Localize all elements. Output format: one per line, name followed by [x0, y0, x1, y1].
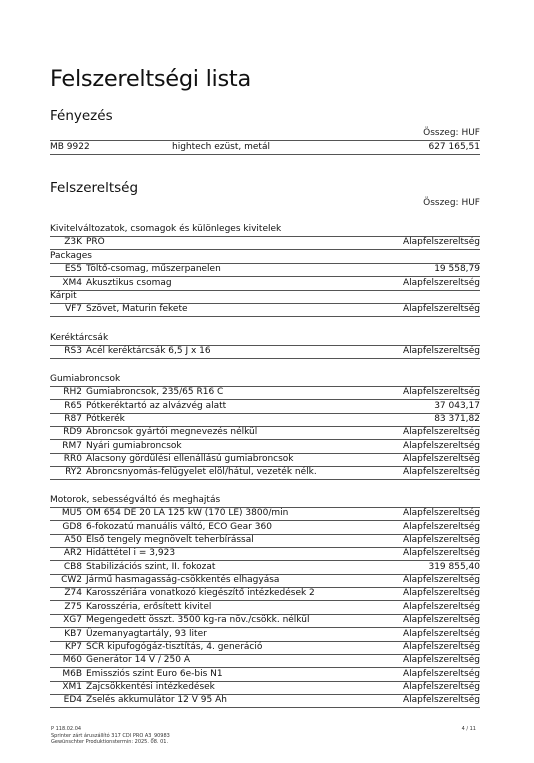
option-description: Abroncsnyomás-felügyelet elöl/hátul, vez…: [86, 466, 317, 479]
equipment-row: M6BEmissziós szint Euro 6e-bis N1Alapfel…: [50, 668, 480, 682]
option-price: Alapfelszereltség: [403, 641, 480, 654]
category-label: Keréktárcsák: [50, 332, 108, 345]
option-code: AR2: [50, 547, 82, 560]
equipment-row: KB7Üzemanyagtartály, 93 literAlapfelszer…: [50, 628, 480, 642]
equipment-row: MU5OM 654 DE 20 LA 125 kW (170 LE) 3800/…: [50, 507, 480, 521]
equipment-row: XM1Zajcsökkentési intézkedésekAlapfelsze…: [50, 681, 480, 695]
option-description: SCR kipufogógáz-tisztítás, 4. generáció: [86, 641, 262, 654]
option-code: Z3K: [50, 236, 82, 249]
option-price: Alapfelszereltség: [403, 547, 480, 560]
equipment-row: RS3Acél keréktárcsák 6,5 J x 16Alapfelsz…: [50, 345, 480, 359]
category-label: Gumiabroncsok: [50, 373, 120, 386]
option-code: VF7: [50, 303, 82, 316]
category-header: Kivitelváltozatok, csomagok és különlege…: [50, 223, 480, 237]
option-price: Alapfelszereltség: [403, 614, 480, 627]
paint-code: MB 9922: [50, 141, 90, 154]
option-price: Alapfelszereltség: [403, 277, 480, 290]
footer: P 118.02.04 Sprinter zárt áruszállító 31…: [51, 726, 170, 746]
option-code: ED4: [50, 694, 82, 707]
paint-row: MB 9922hightech ezüst, metál627 165,51: [50, 140, 480, 155]
footer-production-date: Gewünschter Produktionstermin: 2025. 08.…: [51, 739, 170, 746]
option-code: XM4: [50, 277, 82, 290]
option-price: 19 558,79: [434, 263, 480, 276]
option-price: Alapfelszereltség: [403, 345, 480, 358]
equipment-row: RY2Abroncsnyomás-felügyelet elöl/hátul, …: [50, 466, 480, 480]
equipment-row: ES5Töltő-csomag, műszerpanelen19 558,79: [50, 263, 480, 277]
option-description: Karosszériára vonatkozó kiegészítő intéz…: [86, 587, 315, 600]
option-description: Zajcsökkentési intézkedések: [86, 681, 215, 694]
equipment-row: XG7Megengedett összt. 3500 kg-ra növ./cs…: [50, 614, 480, 628]
option-price: Alapfelszereltség: [403, 534, 480, 547]
option-price: 37 043,17: [434, 400, 480, 413]
category-label: Kárpit: [50, 290, 77, 303]
option-code: ES5: [50, 263, 82, 276]
option-price: Alapfelszereltség: [403, 587, 480, 600]
option-code: Z75: [50, 601, 82, 614]
option-code: M6B: [50, 668, 82, 681]
equipment-row: RH2Gumiabroncsok, 235/65 R16 CAlapfelsze…: [50, 386, 480, 400]
equipment-row: VF7Szövet, Maturin feketeAlapfelszerelts…: [50, 303, 480, 317]
option-description: Generátor 14 V / 250 A: [86, 654, 190, 667]
option-code: XG7: [50, 614, 82, 627]
option-price: Alapfelszereltség: [403, 440, 480, 453]
paint-description: hightech ezüst, metál: [172, 141, 270, 154]
option-code: RY2: [50, 466, 82, 479]
option-code: CW2: [50, 574, 82, 587]
equipment-sum-label: Összeg: HUF: [423, 198, 480, 208]
equipment-row: ED4Zselés akkumulátor 12 V 95 AhAlapfels…: [50, 694, 480, 708]
option-description: Megengedett összt. 3500 kg-ra növ./csökk…: [86, 614, 309, 627]
option-price: 83 371,82: [434, 413, 480, 426]
option-price: Alapfelszereltség: [403, 453, 480, 466]
equipment-row: Z75Karosszéria, erősített kivitelAlapfel…: [50, 601, 480, 615]
option-description: Acél keréktárcsák 6,5 J x 16: [86, 345, 211, 358]
option-price: Alapfelszereltség: [403, 574, 480, 587]
option-code: MU5: [50, 507, 82, 520]
category-header: Packages: [50, 250, 480, 264]
option-code: RH2: [50, 386, 82, 399]
equipment-section-title: Felszereltség: [50, 180, 138, 196]
option-price: Alapfelszereltség: [403, 681, 480, 694]
option-description: PRO: [86, 236, 105, 249]
option-description: Első tengely megnövelt teherbírással: [86, 534, 254, 547]
option-description: Alacsony gördülési ellenállású gumiabron…: [86, 453, 294, 466]
option-code: RS3: [50, 345, 82, 358]
option-price: Alapfelszereltség: [403, 521, 480, 534]
equipment-row: XM4Akusztikus csomagAlapfelszereltség: [50, 277, 480, 291]
option-code: A50: [50, 534, 82, 547]
category-header: Motorok, sebességváltó és meghajtás: [50, 494, 480, 508]
option-price: Alapfelszereltség: [403, 303, 480, 316]
option-price: Alapfelszereltség: [403, 628, 480, 641]
equipment-row: AR2Hidáttétel i = 3,923Alapfelszereltség: [50, 547, 480, 561]
option-price: Alapfelszereltség: [403, 668, 480, 681]
paint-price: 627 165,51: [428, 141, 480, 154]
option-description: Karosszéria, erősített kivitel: [86, 601, 211, 614]
option-price: Alapfelszereltség: [403, 466, 480, 479]
category-header: Kárpit: [50, 290, 480, 304]
option-price: Alapfelszereltség: [403, 654, 480, 667]
option-code: Z74: [50, 587, 82, 600]
option-description: Akusztikus csomag: [86, 277, 172, 290]
option-code: CB8: [50, 561, 82, 574]
paint-sum-label: Összeg: HUF: [423, 128, 480, 138]
equipment-row: M60Generátor 14 V / 250 AAlapfelszerelts…: [50, 654, 480, 668]
option-description: Nyári gumiabroncsok: [86, 440, 182, 453]
option-price: Alapfelszereltség: [403, 507, 480, 520]
equipment-row: RR0Alacsony gördülési ellenállású gumiab…: [50, 453, 480, 467]
equipment-row: KP7SCR kipufogógáz-tisztítás, 4. generác…: [50, 641, 480, 655]
equipment-row: R65Pótkeréktartó az alvázvég alatt37 043…: [50, 400, 480, 414]
option-price: 319 855,40: [428, 561, 480, 574]
option-description: Stabilizációs szint, II. fokozat: [86, 561, 215, 574]
option-code: KB7: [50, 628, 82, 641]
option-description: Zselés akkumulátor 12 V 95 Ah: [86, 694, 227, 707]
equipment-row: RD9Abroncsok gyártói megnevezés nélkülAl…: [50, 426, 480, 440]
equipment-row: Z74Karosszériára vonatkozó kiegészítő in…: [50, 587, 480, 601]
option-description: Pótkeréktartó az alvázvég alatt: [86, 400, 226, 413]
option-description: Gumiabroncsok, 235/65 R16 C: [86, 386, 223, 399]
option-code: RR0: [50, 453, 82, 466]
category-header: Keréktárcsák: [50, 332, 480, 346]
option-code: RM7: [50, 440, 82, 453]
option-code: KP7: [50, 641, 82, 654]
option-code: XM1: [50, 681, 82, 694]
option-code: GD8: [50, 521, 82, 534]
option-description: Jármű hasmagasság-csökkentés elhagyása: [86, 574, 279, 587]
option-price: Alapfelszereltség: [403, 236, 480, 249]
paint-section-title: Fényezés: [50, 108, 113, 124]
option-code: RD9: [50, 426, 82, 439]
page-title: Felszereltségi lista: [50, 66, 251, 92]
option-description: Szövet, Maturin fekete: [86, 303, 188, 316]
option-code: R87: [50, 413, 82, 426]
equipment-row: R87Pótkerék83 371,82: [50, 413, 480, 427]
category-label: Kivitelváltozatok, csomagok és különlege…: [50, 223, 281, 236]
equipment-row: CW2Jármű hasmagasság-csökkentés elhagyás…: [50, 574, 480, 588]
equipment-row: RM7Nyári gumiabroncsokAlapfelszereltség: [50, 440, 480, 454]
option-description: OM 654 DE 20 LA 125 kW (170 LE) 3800/min: [86, 507, 288, 520]
page-number: 4 / 11: [462, 726, 476, 732]
option-description: Töltő-csomag, műszerpanelen: [86, 263, 221, 276]
option-description: Hidáttétel i = 3,923: [86, 547, 175, 560]
category-label: Motorok, sebességváltó és meghajtás: [50, 494, 220, 507]
option-description: Abroncsok gyártói megnevezés nélkül: [86, 426, 257, 439]
category-header: Gumiabroncsok: [50, 373, 480, 387]
option-description: Emissziós szint Euro 6e-bis N1: [86, 668, 223, 681]
equipment-row: A50Első tengely megnövelt teherbírássalA…: [50, 534, 480, 548]
option-price: Alapfelszereltség: [403, 386, 480, 399]
equipment-row: CB8Stabilizációs szint, II. fokozat319 8…: [50, 561, 480, 575]
option-code: M60: [50, 654, 82, 667]
option-price: Alapfelszereltség: [403, 694, 480, 707]
equipment-row: GD86-fokozatú manuális váltó, ECO Gear 3…: [50, 521, 480, 535]
option-description: 6-fokozatú manuális váltó, ECO Gear 360: [86, 521, 272, 534]
option-description: Üzemanyagtartály, 93 liter: [86, 628, 207, 641]
category-label: Packages: [50, 250, 92, 263]
option-price: Alapfelszereltség: [403, 426, 480, 439]
option-description: Pótkerék: [86, 413, 125, 426]
option-price: Alapfelszereltség: [403, 601, 480, 614]
equipment-row: Z3KPROAlapfelszereltség: [50, 236, 480, 250]
option-code: R65: [50, 400, 82, 413]
